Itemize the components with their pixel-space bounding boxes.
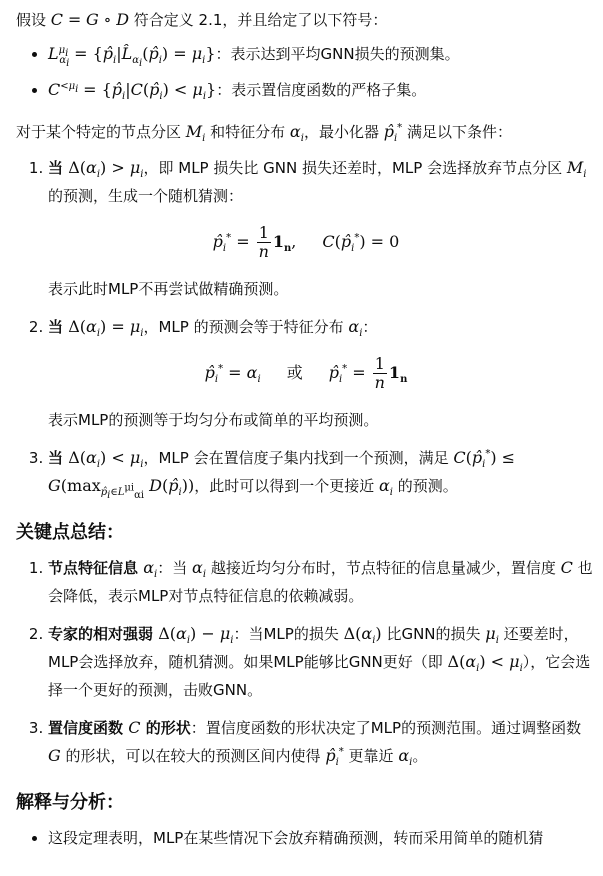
math-var: p̂i	[149, 80, 162, 99]
condition-item-1: 当 Δ(αi) > μi，即 MLP 损失比 GNN 损失还差时，MLP 会选择…	[48, 154, 596, 303]
condition-lead: 当	[48, 318, 68, 336]
text: 和特征分布	[205, 123, 290, 141]
math-var: μi	[130, 158, 144, 177]
definition-item: C<μi = {p̂i|C(p̂i) < μi}：表示置信度函数的严格子集。	[48, 76, 596, 104]
math-op: }	[206, 80, 216, 99]
condition-text: ：	[362, 318, 377, 336]
math-op: ) =	[100, 317, 130, 336]
math-var: C	[131, 80, 143, 99]
condition-lead: 当	[48, 159, 68, 177]
text: ：置信度函数的形状决定了MLP的预测范围。通过调整函数	[191, 719, 581, 737]
condition-lead: 当	[48, 449, 68, 467]
math-c-subset: C<μi	[48, 80, 78, 99]
text: ：当	[157, 559, 192, 577]
text: 比GNN的损失	[382, 625, 486, 643]
key-points-list: 节点特征信息 αi：当 αi 越接近均匀分布时，节点特征的信息量减少，置信度 C…	[16, 554, 596, 770]
text: 。	[412, 747, 427, 765]
fraction-one-over-n: 1n	[373, 355, 387, 392]
condition-note: 表示MLP的预测等于均匀分布或简单的平均预测。	[48, 406, 596, 434]
condition-text: ，MLP 的预测会等于特征分布	[143, 318, 348, 336]
fraction-one-over-n: 1n	[257, 224, 271, 261]
math-mi: Mi	[567, 158, 587, 177]
analysis-item: 这段定理表明，MLP在某些情况下会放弃精确预测，转而采用简单的随机猜	[48, 824, 596, 852]
math-alpha-i: αi	[348, 317, 362, 336]
math-var: μi	[192, 44, 206, 63]
definition-text: ：表示置信度函数的严格子集。	[216, 81, 426, 99]
math-var: p̂i	[103, 44, 116, 63]
condition-item-2: 当 Δ(αi) = μi，MLP 的预测会等于特征分布 αi： p̂i* = α…	[48, 313, 596, 434]
math-op: ) <	[100, 448, 130, 467]
display-equation-2: p̂i* = αi或p̂i* = 1n1n	[16, 355, 596, 392]
math-op: ) <	[163, 80, 193, 99]
math-delta: Δ(	[68, 448, 86, 467]
condition-text: 的预测，生成一个随机猜测：	[48, 187, 243, 205]
math-d: D	[116, 10, 129, 29]
math-g: G	[48, 746, 61, 765]
math-var: μi	[130, 317, 144, 336]
conditions-list: 当 Δ(αi) > μi，即 MLP 损失比 GNN 损失还差时，MLP 会选择…	[16, 154, 596, 500]
math-op: =	[68, 10, 81, 29]
math-alpha-i: αi	[379, 476, 393, 495]
condition-note: 表示此时MLP不再尝试做精确预测。	[48, 275, 596, 303]
display-equation-1: p̂i* = 1n1n,C(p̂i*) = 0	[16, 224, 596, 261]
math-var: p̂i	[112, 80, 125, 99]
analysis-list: 这段定理表明，MLP在某些情况下会放弃精确预测，转而采用简单的随机猜	[16, 824, 596, 852]
math-delta: Δ(	[68, 158, 86, 177]
math-delta: Δ(	[158, 624, 176, 643]
math-c: C	[561, 558, 573, 577]
text: 越接近均匀分布时，节点特征的信息量减少，置信度	[206, 559, 561, 577]
condition-text: 的预测。	[393, 477, 458, 495]
math-op: }	[205, 44, 215, 63]
condition-text: ，MLP 会在置信度子集内找到一个预测，满足	[143, 449, 453, 467]
math-op: = {	[83, 80, 112, 99]
math-var: αi	[86, 448, 100, 467]
math-var: μi	[192, 80, 206, 99]
math-op: ) >	[100, 158, 130, 177]
definition-item: Lμiαi = {p̂i|L̂αi(p̂i) = μi}：表示达到平均GNN损失…	[48, 40, 596, 68]
condition-text: ，此时可以得到一个更接近	[194, 477, 379, 495]
text: ：当MLP的损失	[233, 625, 343, 643]
math-c: C	[128, 718, 140, 737]
condition-item-3: 当 Δ(αi) < μi，MLP 会在置信度子集内找到一个预测，满足 C(p̂i…	[48, 444, 596, 500]
math-var: μi	[130, 448, 144, 467]
math-l-set: Lμiαi	[48, 44, 69, 63]
math-confidence-bound: C	[453, 448, 465, 467]
definitions-list: Lμiαi = {p̂i|L̂αi(p̂i) = μi}：表示达到平均GNN损失…	[16, 40, 596, 104]
math-op: ∘	[104, 10, 112, 29]
math-var: p̂i	[148, 44, 161, 63]
conditions-intro: 对于某个特定的节点分区 Mi 和特征分布 αi，最小化器 p̂i* 满足以下条件…	[16, 118, 596, 146]
math-mi: Mi	[186, 122, 206, 141]
definition-text: ：表示达到平均GNN损失的预测集。	[216, 45, 460, 63]
key-point-title: 置信度函数	[48, 719, 128, 737]
math-p-hat-star: p̂i*	[384, 122, 402, 141]
key-point-title: 专家的相对强弱	[48, 625, 158, 643]
math-var: αi	[86, 317, 100, 336]
text: 满足以下条件：	[402, 123, 512, 141]
math-var: L̂αi	[122, 44, 143, 63]
key-point-title: 的形状	[140, 719, 190, 737]
text: ，最小化器	[304, 123, 384, 141]
math-op: |	[116, 44, 121, 63]
analysis-heading: 解释与分析：	[16, 790, 596, 816]
intro-text: 符合定义 2.1，并且给定了以下符号：	[129, 11, 387, 29]
text: 更靠近	[344, 747, 399, 765]
document: 假设 C = G ∘ D 符合定义 2.1，并且给定了以下符号： Lμiαi =…	[0, 0, 596, 852]
math-alpha-i: αi	[192, 558, 206, 577]
math-alpha-i: αi	[143, 558, 157, 577]
or-text: 或	[287, 363, 303, 382]
intro-text: 假设	[16, 11, 51, 29]
key-points-heading: 关键点总结：	[16, 520, 596, 546]
key-point-item-1: 节点特征信息 αi：当 αi 越接近均匀分布时，节点特征的信息量减少，置信度 C…	[48, 554, 596, 610]
math-op: = {	[74, 44, 103, 63]
key-point-title: 节点特征信息	[48, 559, 143, 577]
math-g: G	[86, 10, 99, 29]
key-point-item-2: 专家的相对强弱 Δ(αi) − μi：当MLP的损失 Δ(αi) 比GNN的损失…	[48, 620, 596, 704]
math-var: αi	[86, 158, 100, 177]
math-delta: Δ(	[68, 317, 86, 336]
key-point-item-3: 置信度函数 C 的形状：置信度函数的形状决定了MLP的预测范围。通过调整函数 G…	[48, 714, 596, 770]
text: 对于某个特定的节点分区	[16, 123, 186, 141]
math-c-equals-g-compose-d: C	[51, 10, 63, 29]
text: 的形状，可以在较大的预测区间内使得	[61, 747, 326, 765]
math-op: ) =	[162, 44, 192, 63]
math-p-hat-star: p̂i*	[325, 746, 343, 765]
intro-paragraph: 假设 C = G ∘ D 符合定义 2.1，并且给定了以下符号：	[16, 6, 596, 34]
math-alpha-i: αi	[398, 746, 412, 765]
math-alpha-i: αi	[290, 122, 304, 141]
condition-text: ，即 MLP 损失比 GNN 损失还差时，MLP 会选择放弃节点分区	[143, 159, 566, 177]
